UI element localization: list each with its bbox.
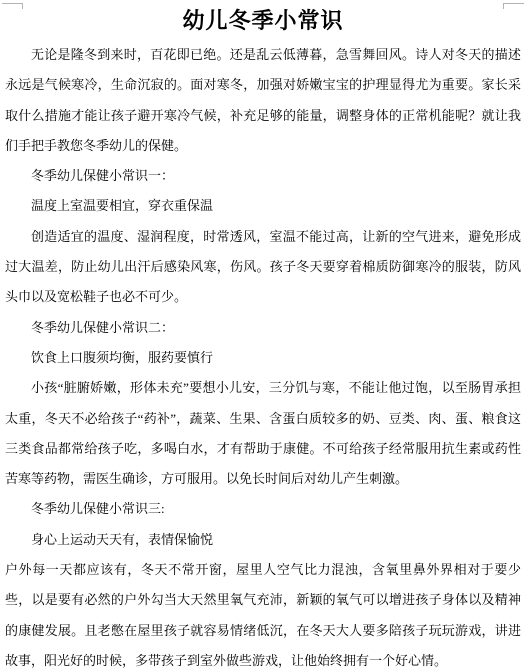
section-body-1: 创造适宜的温度、湿润程度，时常透风，室温不能过高，让新的空气进来，避免形成过大温… — [5, 222, 521, 313]
intro-paragraph: 无论是隆冬到来时，百花即已绝。还是乱云低薄暮，急雪舞回风。诗人对冬天的描述永远是… — [5, 40, 521, 161]
section-heading-1: 冬季幼儿保健小常识一： — [5, 161, 521, 191]
section-heading-3: 冬季幼儿保健小常识三: — [5, 494, 521, 524]
document-page: 幼儿冬季小常识 无论是隆冬到来时，百花即已绝。还是乱云低薄暮，急雪舞回风。诗人对… — [0, 0, 526, 670]
section-body-2: 小孩“脏腑娇嫩，形体未充”要想小儿安，三分饥与寒，不能让他过饱，以至肠胃承担太重… — [5, 373, 521, 494]
section-subtitle-2: 饮食上口腹须均衡，服药要慎行 — [5, 343, 521, 373]
section-body-3: 户外每一天都应该有，冬天不常开窗，屋里人空气比力混浊，含氧里鼻外界相对于要少些，… — [5, 555, 521, 670]
page-corner-mark-right — [503, 3, 524, 9]
document-title: 幼儿冬季小常识 — [0, 0, 526, 36]
page-corner-mark-left — [2, 3, 23, 9]
section-heading-2: 冬季幼儿保健小常识二： — [5, 313, 521, 343]
section-subtitle-3: 身心上运动天天有，表情保愉悦 — [5, 525, 521, 555]
section-subtitle-1: 温度上室温要相宜，穿衣重保温 — [5, 191, 521, 221]
document-body: 无论是隆冬到来时，百花即已绝。还是乱云低薄暮，急雪舞回风。诗人对冬天的描述永远是… — [0, 40, 526, 670]
